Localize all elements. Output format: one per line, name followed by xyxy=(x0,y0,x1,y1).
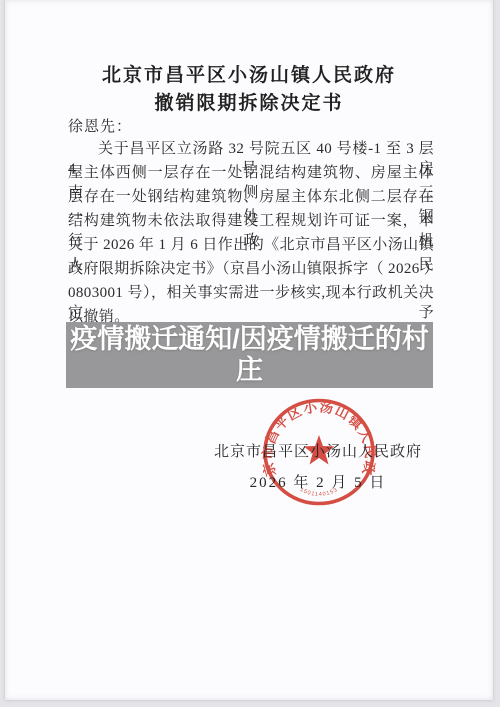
overlay-caption-text: 疫情搬迁通知/因疫情搬迁的村庄 xyxy=(66,324,433,386)
scanned-document-page: 北京市昌平区小汤山镇人民政府 撤销限期拆除决定书 徐恩先： 关于昌平区立汤路 3… xyxy=(5,0,493,700)
body-line: 屋主体西侧一层存在一处铝混结构建筑物、房屋主体南侧三 xyxy=(68,163,434,187)
signature-block: 北京市昌平区小汤山人民政府 2026 年 2 月 5 日 xyxy=(193,440,443,492)
body-line: 关于 2026 年 1 月 6 日作出的《北京市昌平区小汤山镇人民 xyxy=(68,235,434,259)
signature-organization: 北京市昌平区小汤山人民政府 xyxy=(193,440,443,461)
document-title-line1: 北京市昌平区小汤山镇人民政府 xyxy=(5,60,493,87)
document-body: 关于昌平区立汤路 32 号院五区 40 号楼-1 至 3 层 4 号房 屋主体西… xyxy=(68,139,434,331)
body-line: 层存在一处钢结构建筑物、房屋主体东北侧二层存在一处钢 xyxy=(68,187,434,211)
salutation: 徐恩先： xyxy=(68,115,132,136)
document-title-line2: 撤销限期拆除决定书 xyxy=(5,88,493,115)
body-line: 结构建筑物未依法取得建设工程规划许可证一案，本行政机 xyxy=(68,211,434,235)
body-line: 政府限期拆除决定书》（京昌小汤山镇限拆字（ 2026 ） xyxy=(68,259,434,283)
signature-date: 2026 年 2 月 5 日 xyxy=(193,471,443,492)
body-line: 关于昌平区立汤路 32 号院五区 40 号楼-1 至 3 层 4 号房 xyxy=(68,139,434,163)
body-line: 0803001 号），相关事实需进一步核实,现本行政机关决定予 xyxy=(68,283,434,307)
overlay-caption-banner: 疫情搬迁通知/因疫情搬迁的村庄 xyxy=(66,322,433,388)
